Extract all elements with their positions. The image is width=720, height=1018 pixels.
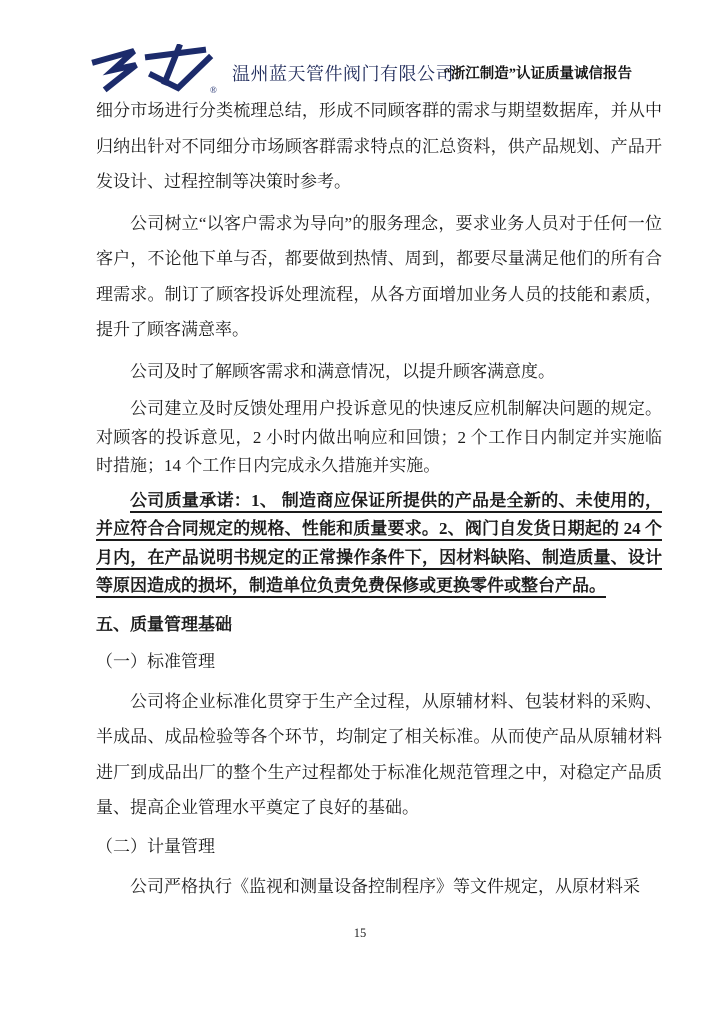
document-page: ® 温州蓝天管件阀门有限公司 “浙江制造”认证质量诚信报告 细分市场进行分类梳理…	[0, 0, 720, 1018]
document-body: 细分市场进行分类梳理总结，形成不同顾客群的需求与期望数据库，并从中归纳出针对不同…	[96, 93, 662, 910]
paragraph: 公司将企业标准化贯穿于生产全过程，从原辅材料、包装材料的采购、半成品、成品检验等…	[96, 684, 662, 826]
feilong-logo-icon: ®	[88, 44, 222, 96]
page-number: 15	[354, 926, 367, 940]
section-heading: 五、质量管理基础	[96, 610, 662, 640]
feilong-logo: ®	[88, 44, 222, 96]
paragraph: 公司及时了解顾客需求和满意情况，以提升顾客满意度。	[96, 354, 662, 390]
paragraph: 公司建立及时反馈处理用户投诉意见的快速反应机制解决问题的规定。对顾客的投诉意见，…	[96, 395, 662, 481]
paragraph: 公司树立“以客户需求为导向”的服务理念，要求业务人员对于任何一位客户，不论他下单…	[96, 206, 662, 348]
paragraph: 公司质量承诺：1、 制造商应保证所提供的产品是全新的、未使用的，并应符合合同规定…	[96, 487, 662, 601]
company-name: 温州蓝天管件阀门有限公司	[232, 60, 454, 86]
section-subheading: （一）标准管理	[96, 647, 662, 677]
report-title: “浙江制造”认证质量诚信报告	[444, 62, 633, 83]
paragraph: 细分市场进行分类梳理总结，形成不同顾客群的需求与期望数据库，并从中归纳出针对不同…	[96, 93, 662, 200]
paragraph: 公司严格执行《监视和测量设备控制程序》等文件规定，从原材料采	[96, 869, 662, 905]
section-subheading: （二）计量管理	[96, 832, 662, 862]
page-footer: 15	[0, 926, 720, 941]
